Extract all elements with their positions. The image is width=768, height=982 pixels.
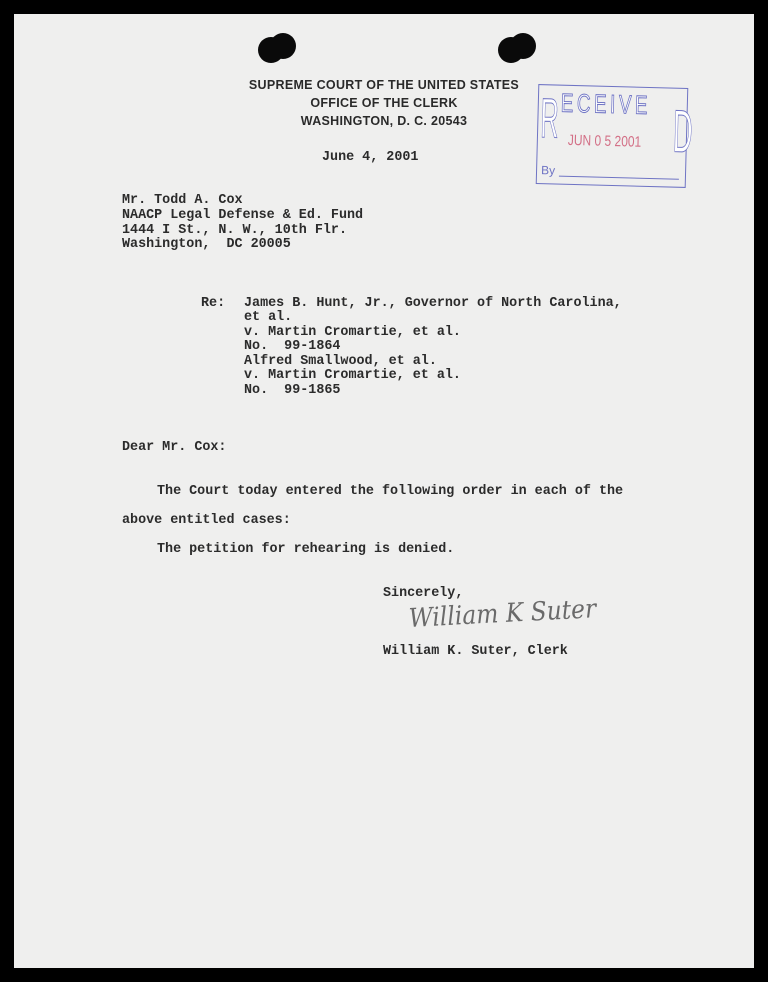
salutation: Dear Mr. Cox: xyxy=(122,440,226,455)
stamp-by-label: By xyxy=(541,163,555,177)
punch-hole-left xyxy=(258,33,298,63)
recipient-street: 1444 I St., N. W., 10th Flr. xyxy=(122,223,347,238)
re-line: et al. xyxy=(244,310,292,325)
re-line: James B. Hunt, Jr., Governor of North Ca… xyxy=(244,296,622,311)
re-line: v. Martin Cromartie, et al. xyxy=(244,368,461,383)
re-line: v. Martin Cromartie, et al. xyxy=(244,325,461,340)
signer-name: William K. Suter, Clerk xyxy=(383,644,568,659)
recipient-name: Mr. Todd A. Cox xyxy=(122,193,243,208)
stamp-last-letter: D xyxy=(672,97,693,166)
valediction: Sincerely, xyxy=(383,586,463,601)
stamp-by-line xyxy=(559,176,679,180)
re-line: No. 99-1864 xyxy=(244,339,340,354)
punch-hole-right xyxy=(498,33,538,63)
stamp-label: ECEIVE xyxy=(560,88,651,121)
stamp-first-letter: R xyxy=(540,85,560,150)
recipient-org: NAACP Legal Defense & Ed. Fund xyxy=(122,208,363,223)
recipient-city: Washington, DC 20005 xyxy=(122,237,291,252)
re-line: No. 99-1865 xyxy=(244,383,340,398)
body-paragraph-2: The petition for rehearing is denied. xyxy=(157,542,454,557)
body-paragraph-1-cont: above entitled cases: xyxy=(122,513,291,528)
stamp-date: JUN 0 5 2001 xyxy=(568,132,642,151)
body-paragraph-1: The Court today entered the following or… xyxy=(157,484,623,499)
received-stamp: R ECEIVE D JUN 0 5 2001 By xyxy=(536,84,689,188)
re-label: Re: xyxy=(201,296,225,311)
re-line: Alfred Smallwood, et al. xyxy=(244,354,437,369)
letter-date: June 4, 2001 xyxy=(322,150,418,165)
